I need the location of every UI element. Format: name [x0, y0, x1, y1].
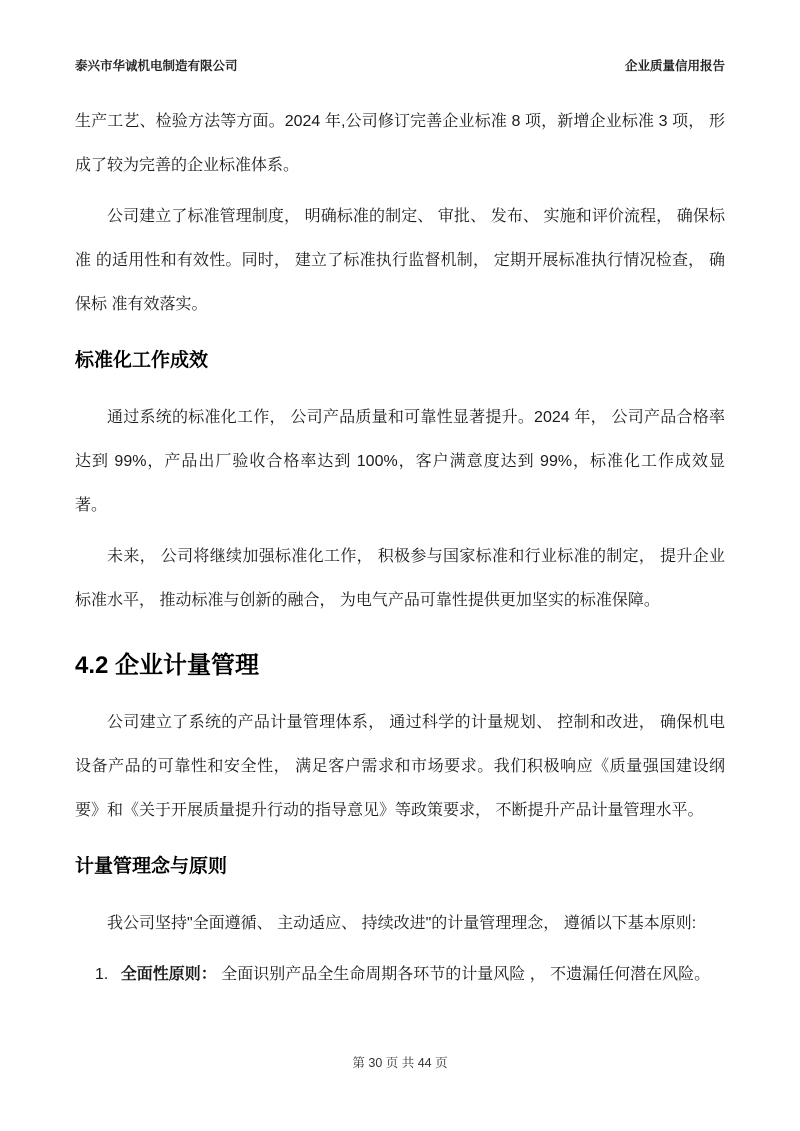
paragraph-standards-management: 公司建立了标准管理制度， 明确标准的制定、 审批、 发布、 实施和评价流程， 确… — [75, 195, 725, 327]
page-header: 泰兴市华诚机电制造有限公司 企业质量信用报告 — [75, 0, 725, 74]
paragraph-metrology-philosophy: 我公司坚持"全面遵循、 主动适应、 持续改进"的计量管理理念， 遵循以下基本原则… — [75, 902, 725, 946]
header-doc-title: 企业质量信用报告 — [625, 56, 725, 74]
section-heading-metrology-principles: 计量管理念与原则 — [75, 853, 725, 881]
page-number: 第 30 页 共 44 页 — [352, 1056, 447, 1070]
list-item-number: 1. — [95, 966, 108, 983]
paragraph-future-plan: 未来， 公司将继续加强标准化工作， 积极参与国家标准和行业标准的制定， 提升企业… — [75, 535, 725, 623]
section-heading-4-2-metrology: 4.2 企业计量管理 — [75, 649, 725, 683]
paragraph-standards-continued: 生产工艺、检验方法等方面。2024 年,公司修订完善企业标准 8 项，新增企业标… — [75, 100, 725, 188]
list-item-text: 全面识别产品全生命周期各环节的计量风险 ， 不遗漏任何潜在风险。 — [221, 966, 710, 983]
document-page: 泰兴市华诚机电制造有限公司 企业质量信用报告 生产工艺、检验方法等方面。2024… — [0, 0, 800, 1131]
section-heading-standardization-results: 标准化工作成效 — [75, 347, 725, 375]
page-body: 生产工艺、检验方法等方面。2024 年,公司修订完善企业标准 8 项，新增企业标… — [75, 100, 725, 997]
list-item-term: 全面性原则： — [121, 966, 217, 983]
paragraph-metrology-system: 公司建立了系统的产品计量管理体系， 通过科学的计量规划、 控制和改进， 确保机电… — [75, 701, 725, 833]
paragraph-standardization-achievements: 通过系统的标准化工作， 公司产品质量和可靠性显著提升。2024 年， 公司产品合… — [75, 396, 725, 528]
header-company-name: 泰兴市华诚机电制造有限公司 — [75, 56, 238, 74]
list-item-principle-1: 1. 全面性原则： 全面识别产品全生命周期各环节的计量风险 ， 不遗漏任何潜在风… — [75, 953, 725, 997]
page-footer: 第 30 页 共 44 页 — [0, 1053, 800, 1071]
